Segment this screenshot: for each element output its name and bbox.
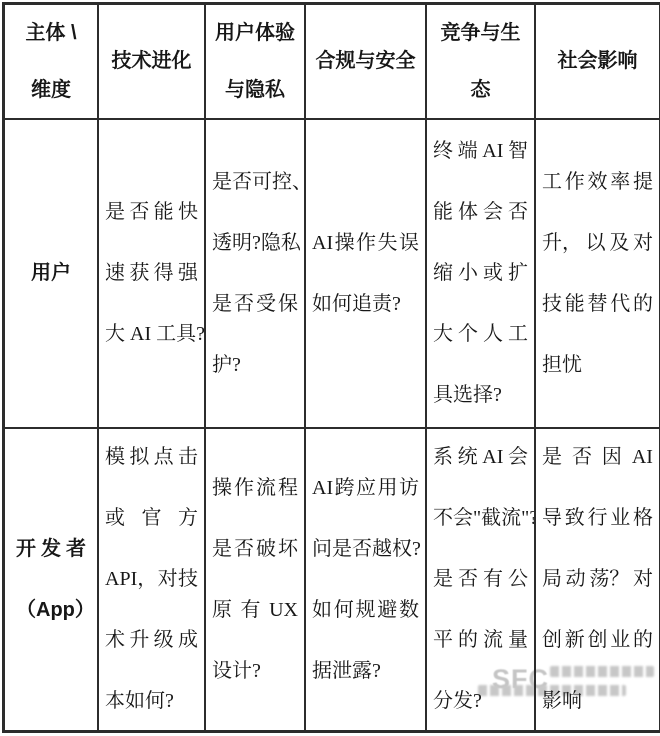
cell-developer-social: 是否因AI导致行业格局动荡？对创新创业的影响 [535,428,660,731]
header-cell-compliance: 合规与安全 [305,4,426,119]
cell-developer-competition: 系统AI会不会"截流"?是否有公平的流量分发? [426,428,535,731]
cell-user-ux: 是否可控、透明?隐私是否受保护? [205,119,305,428]
cell-user-compliance: AI操作失误如何追责? [305,119,426,428]
page: { "page": { "background": "#ffffff", "bo… [0,0,660,736]
cell-developer-compliance: AI跨应用访问是否越权?如何规避数据泄露? [305,428,426,731]
header-cell-ux: 用户体验与隐私 [205,4,305,119]
cell-developer-tech: 模拟点击或官方API，对技术升级成本如何? [98,428,205,731]
cell-user-social: 工作效率提升，以及对技能替代的担忧 [535,119,660,428]
row-label-developer: 开发者（App） [4,428,98,731]
dimension-table: 主体 \维度 技术进化 用户体验与隐私 合规与安全 竞争与生态 社会影响 用户 … [2,2,660,733]
header-cell-competition: 竞争与生态 [426,4,535,119]
cell-user-competition: 终端AI智能体会否缩小或扩大个人工具选择? [426,119,535,428]
header-cell-social: 社会影响 [535,4,660,119]
row-label-user: 用户 [4,119,98,428]
header-cell-tech: 技术进化 [98,4,205,119]
cell-developer-ux: 操作流程是否破坏原有UX设计? [205,428,305,731]
header-corner-cell: 主体 \维度 [4,4,98,119]
cell-user-tech: 是否能快速获得强大 AI 工具? [98,119,205,428]
